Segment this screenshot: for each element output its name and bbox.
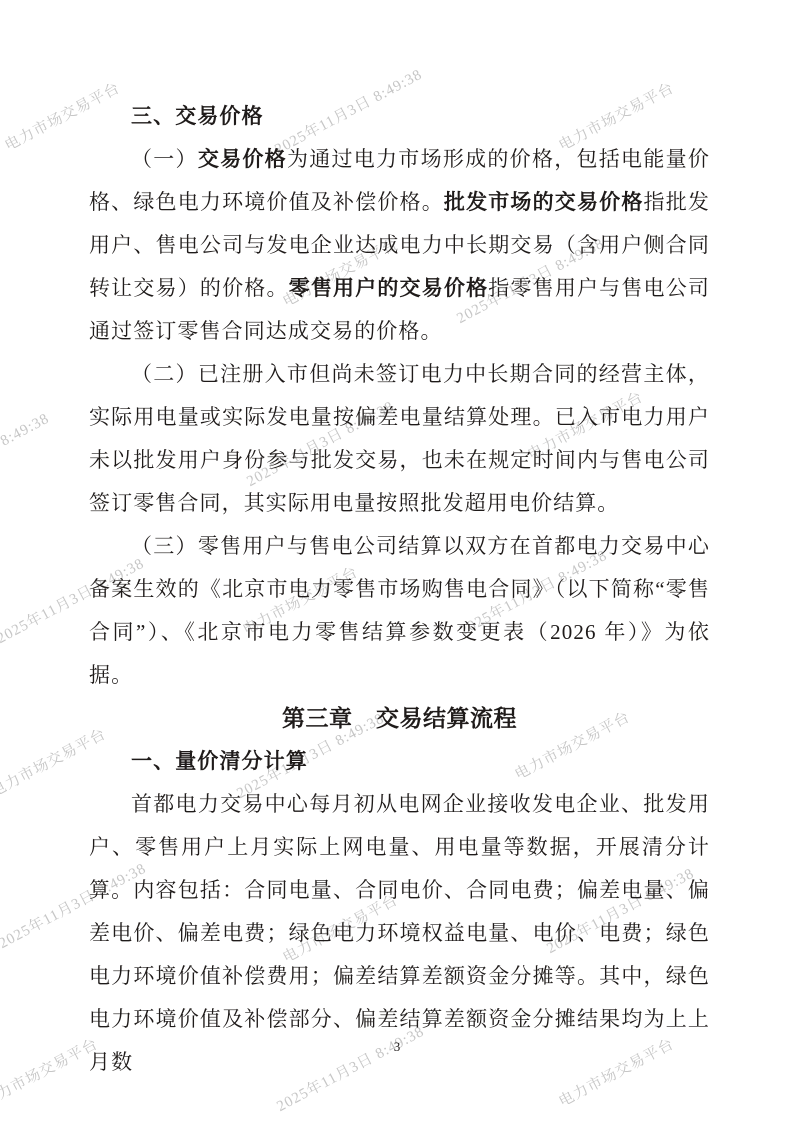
text-run: （二）已注册入市但尚未签订电力中长期合同的经营主体，实际用电量或实际发电量按偏差… bbox=[89, 362, 710, 515]
section-heading: 三、交易价格 bbox=[89, 95, 710, 138]
text-run: （三）零售用户与售电公司结算以双方在首都电力交易中心备案生效的《北京市电力零售市… bbox=[89, 534, 710, 687]
document-page: 电力市场交易平台2025年11月3日 8:49:38电力市场交易平台电力市场交易… bbox=[0, 0, 794, 1123]
document-content: 三、交易价格（一）交易价格为通过电力市场形成的价格，包括电能量价格、绿色电力环境… bbox=[89, 95, 710, 1084]
body-paragraph: （三）零售用户与售电公司结算以双方在首都电力交易中心备案生效的《北京市电力零售市… bbox=[89, 525, 710, 697]
body-paragraph: （二）已注册入市但尚未签订电力中长期合同的经营主体，实际用电量或实际发电量按偏差… bbox=[89, 353, 710, 525]
text-run: （一） bbox=[131, 147, 198, 171]
watermark-timestamp-text: 2025年11月3日 8:49:38 bbox=[0, 407, 53, 503]
section-heading: 一、量价清分计算 bbox=[89, 740, 710, 783]
chapter-heading: 第三章 交易结算流程 bbox=[89, 697, 710, 740]
text-run: 首都电力交易中心每月初从电网企业接收发电企业、批发用户、零售用户上月实际上网电量… bbox=[89, 792, 710, 1074]
bold-text-run: 批发市场的交易价格 bbox=[444, 190, 644, 214]
bold-text-run: 交易价格 bbox=[198, 147, 287, 171]
bold-text-run: 零售用户的交易价格 bbox=[289, 276, 489, 300]
body-paragraph: （一）交易价格为通过电力市场形成的价格，包括电能量价格、绿色电力环境价值及补偿价… bbox=[89, 138, 710, 353]
page-number: 3 bbox=[0, 1039, 794, 1055]
